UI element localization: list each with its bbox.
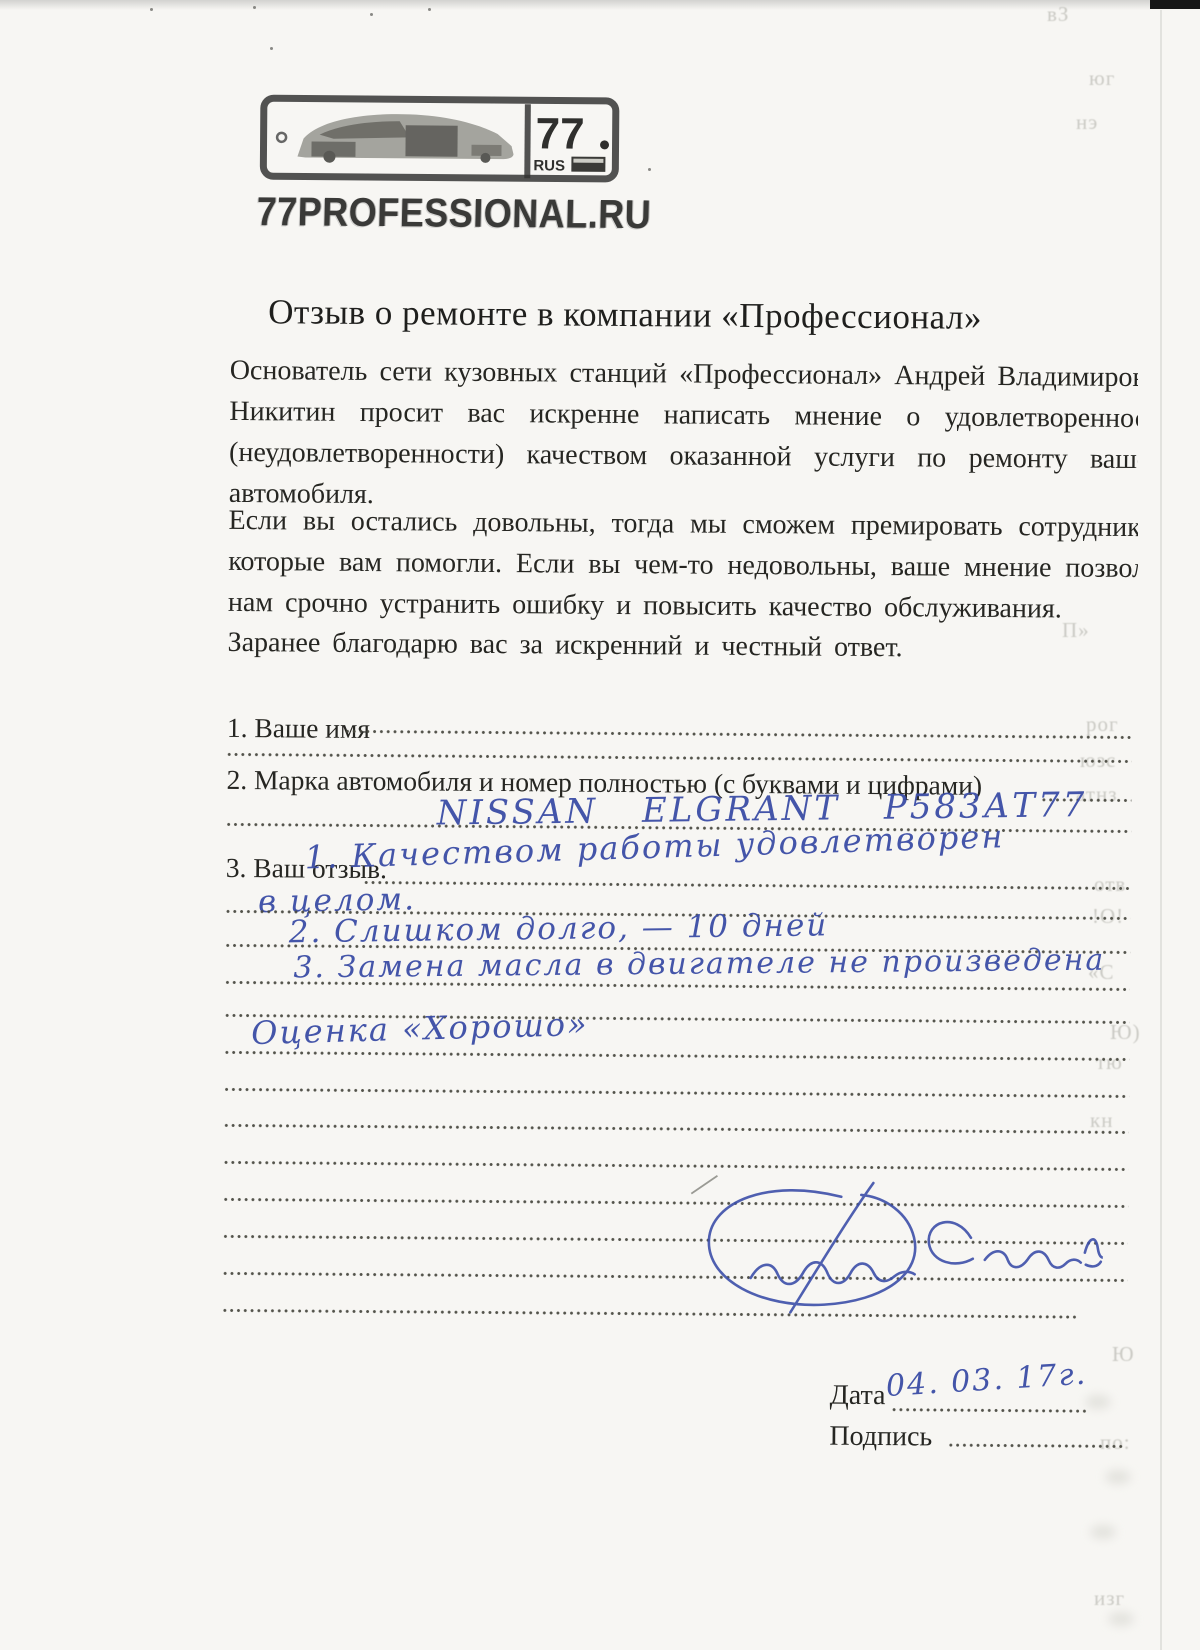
dotted-line [345,729,1132,740]
page-title: Отзыв о ремонте в компании «Профессионал… [268,292,982,338]
handwritten-review-line: Оценка «Хорошо» [251,1005,589,1052]
car-silhouette-icon [297,113,513,164]
intro-paragraph: Если вы остались довольны, тогда мы смож… [228,500,1138,630]
dotted-line [948,1443,1123,1449]
plate-number: 77 [535,109,584,158]
pencil-tick [691,1176,717,1194]
company-website-wordmark: 77PROFESSIONAL.RU [256,188,652,238]
scanned-feedback-form: вЗ юг нэ П» рог юзс атнз отв !О! «С Ю) т… [0,0,1200,1650]
intro-paragraph: Заранее благодарю вас за искренний и чес… [227,622,1127,670]
paper-edge [1160,10,1162,1650]
dotted-line [224,1050,1129,1062]
signature-label: Подпись [829,1421,932,1454]
date-label: Дата [830,1380,886,1412]
license-plate-icon: 77 RUS [259,94,620,187]
company-stamp-logo: 77 RUS [259,94,620,192]
dotted-line [227,752,1132,764]
dotted-line [892,1407,1087,1414]
dotted-line [224,1123,1129,1135]
handwritten-review-line: 3. Замена масла в двигателе не произведе… [293,943,1105,986]
dotted-line [364,880,1131,891]
russia-flag-icon [571,157,605,172]
scan-corner-mark [1150,0,1200,9]
plate-region-label: RUS [533,157,565,174]
signature-scrawl [632,1165,1103,1329]
intro-paragraph: Основатель сети кузовных станций «Профес… [229,350,1138,521]
handwritten-date: 04. 03. 17г. [885,1357,1088,1404]
dotted-line [224,1087,1129,1099]
